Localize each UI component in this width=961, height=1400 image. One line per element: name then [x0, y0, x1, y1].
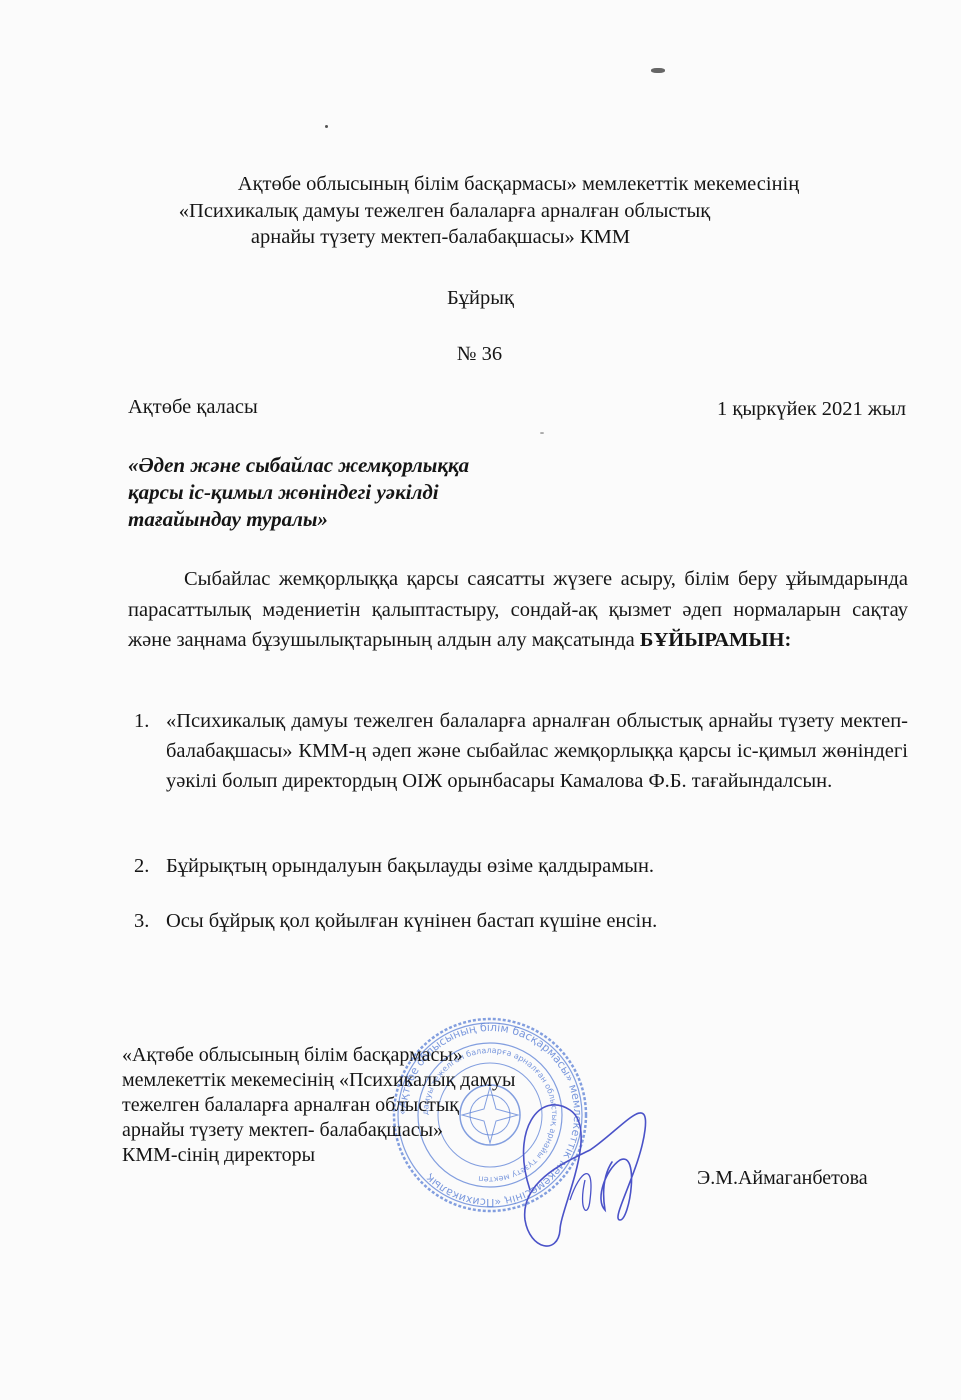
preamble-directive: БҰЙЫРАМЫН:	[640, 629, 791, 651]
scan-speck	[325, 125, 328, 128]
signature-line-5: КММ-сінің директоры	[122, 1143, 515, 1168]
order-subject-line-1: «Әдеп және сыбайлас жемқорлыққа	[128, 452, 469, 479]
handwritten-signature-icon	[500, 1070, 690, 1260]
order-subject-line-3: тағайындау туралы»	[128, 506, 469, 533]
order-item-number: 2.	[134, 851, 166, 881]
signature-line-4: арнайы түзету мектеп- балабақшасы»	[122, 1118, 515, 1143]
order-item-1: 1. «Психикалық дамуы тежелген балаларға …	[134, 706, 908, 796]
signature-block: «Ақтөбе облысының білім басқармасы» мемл…	[122, 1043, 515, 1168]
order-subject: «Әдеп және сыбайлас жемқорлыққа қарсы іс…	[128, 452, 469, 533]
org-header-line-3: арнайы түзету мектеп-балабақшасы» КММ	[0, 225, 921, 249]
org-header-line-1: Ақтөбе облысының білім басқармасы» мемле…	[38, 172, 961, 196]
signature-line-2: мемлекеттік мекемесінің «Психикалық даму…	[122, 1068, 515, 1093]
scan-speck	[651, 68, 665, 73]
scan-speck	[540, 432, 544, 434]
signature-line-1: «Ақтөбе облысының білім басқармасы»	[122, 1043, 515, 1068]
document-number: № 36	[0, 342, 960, 366]
document-place: Ақтөбе қаласы	[128, 395, 258, 419]
document-date: 1 қыркүйек 2021 жыл	[717, 397, 906, 421]
order-item-number: 3.	[134, 906, 166, 936]
signatory-name: Э.М.Аймаганбетова	[697, 1166, 868, 1190]
preamble-paragraph: Сыбайлас жемқорлыққа қарсы саясатты жүзе…	[128, 564, 908, 656]
order-subject-line-2: қарсы іс-қимыл жөніндегі уәкілді	[128, 479, 469, 506]
order-item-text: «Психикалық дамуы тежелген балаларға арн…	[166, 706, 908, 796]
document-type: Бұйрық	[0, 286, 961, 310]
order-item-number: 1.	[134, 706, 166, 796]
order-item-3: 3. Осы бұйрық қол қойылған күнінен баста…	[134, 906, 908, 936]
org-header-line-2: «Психикалық дамуы тежелген балаларға арн…	[0, 199, 925, 223]
signature-line-3: тежелген балаларға арналған облыстық	[122, 1093, 515, 1118]
order-item-text: Бұйрықтың орындалуын бақылауды өзіме қал…	[166, 851, 908, 881]
order-item-2: 2. Бұйрықтың орындалуын бақылауды өзіме …	[134, 851, 908, 881]
order-item-text: Осы бұйрық қол қойылған күнінен бастап к…	[166, 906, 908, 936]
